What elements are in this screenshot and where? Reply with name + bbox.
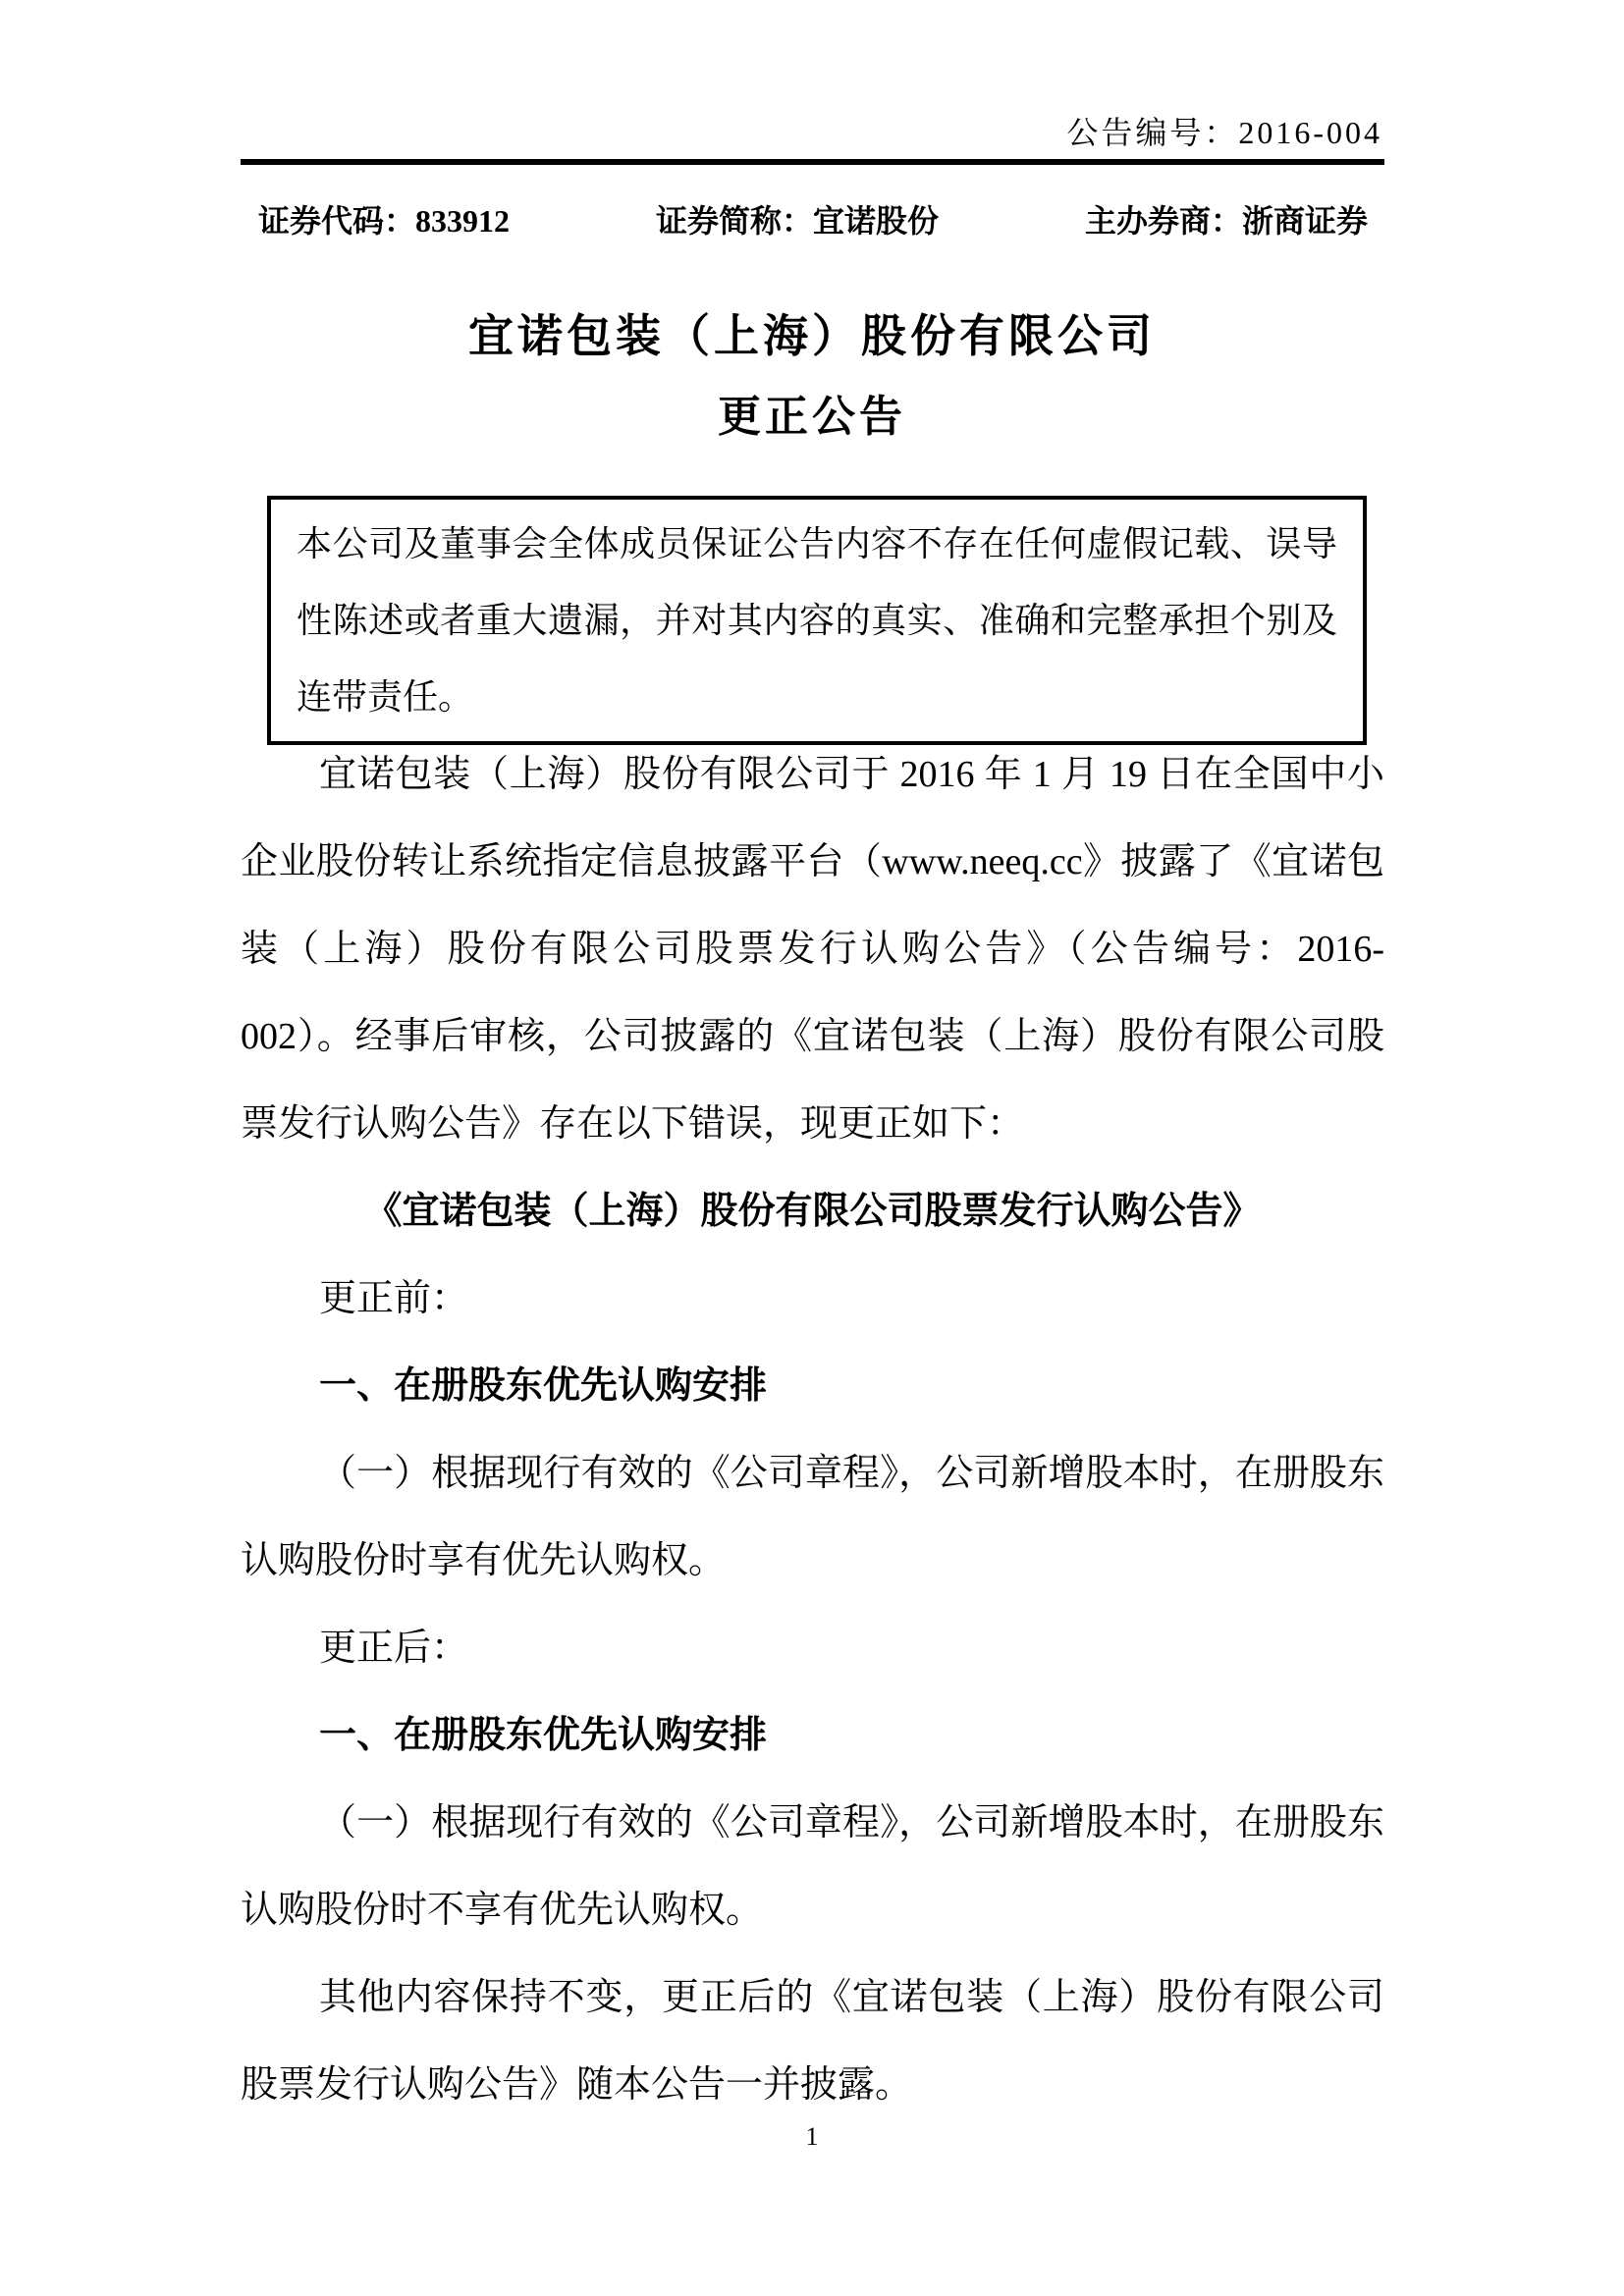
header-divider-rule (241, 159, 1384, 165)
before-correction-item: （一）根据现行有效的《公司章程》，公司新增股本时，在册股东认购股份时享有优先认购… (241, 1430, 1384, 1605)
disclaimer-box: 本公司及董事会全体成员保证公告内容不存在任何虚假记载、误导性陈述或者重大遗漏，并… (267, 496, 1367, 745)
announcement-number: 公告编号：2016-004 (1066, 108, 1382, 153)
stock-code-label: 证券代码：833912 (258, 196, 510, 241)
after-correction-heading: 一、在册股东优先认购安排 (241, 1692, 1384, 1780)
announcement-page: 公告编号：2016-004 证券代码：833912 证券简称：宜诺股份 主办券商… (0, 0, 1624, 2296)
page-number: 1 (0, 2122, 1624, 2152)
after-correction-item: （一）根据现行有效的《公司章程》，公司新增股本时，在册股东认购股份时不享有优先认… (241, 1780, 1384, 1954)
company-title: 宜诺包装（上海）股份有限公司 (0, 300, 1624, 365)
disclaimer-text: 本公司及董事会全体成员保证公告内容不存在任何虚假记载、误导性陈述或者重大遗漏，并… (297, 524, 1337, 717)
sponsor-label: 主办券商：浙商证券 (1085, 196, 1368, 241)
announcement-body: 宜诺包装（上海）股份有限公司于 2016 年 1 月 19 日在全国中小企业股份… (241, 731, 1384, 2129)
securities-header-row: 证券代码：833912 证券简称：宜诺股份 主办券商：浙商证券 (258, 196, 1368, 241)
before-correction-heading: 一、在册股东优先认购安排 (241, 1343, 1384, 1430)
stock-short-name-label: 证券简称：宜诺股份 (656, 196, 939, 241)
after-correction-label: 更正后： (241, 1605, 1384, 1692)
intro-paragraph: 宜诺包装（上海）股份有限公司于 2016 年 1 月 19 日在全国中小企业股份… (241, 731, 1384, 1168)
closing-paragraph: 其他内容保持不变，更正后的《宜诺包装（上海）股份有限公司股票发行认购公告》随本公… (241, 1954, 1384, 2129)
subject-document-title: 《宜诺包装（上海）股份有限公司股票发行认购公告》 (241, 1168, 1384, 1255)
before-correction-label: 更正前： (241, 1255, 1384, 1343)
announcement-title: 更正公告 (0, 381, 1624, 444)
